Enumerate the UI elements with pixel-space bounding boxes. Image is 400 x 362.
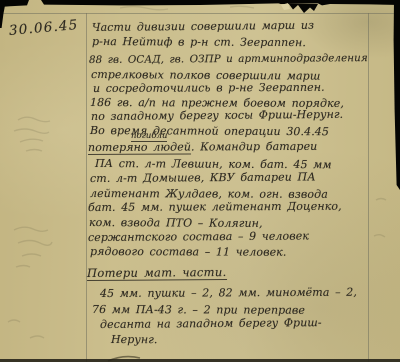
losses-heading: Потери мат. части. [87,265,227,281]
entry-line: ст. л-т Домышев, КВУ батареи ПА [90,170,316,185]
entry-line: лейтенант Жулдаев, ком. огн. взвода [90,187,328,201]
casualties-lead-underlined: потеряно людей [88,140,191,155]
casualties-lead-line: потеряно людей. Командир батареи [88,140,317,154]
scanned-war-diary-page: 30.06.45 Части дивизии совершили марш из… [0,0,400,362]
entry-line: Во время десантной операции 30.4.45 [90,124,329,138]
entry-line: сержантского состава – 9 человек [88,229,309,244]
entry-line: 88 гв. ОСАД, гв. ОЗПР и артминподразделе… [89,52,368,66]
entry-line: р-на Нейтиф в р-н ст. Зеераппен. [92,35,306,49]
entry-line: ПА ст. л-т Левшин, ком. бат. 45 мм [95,157,332,171]
entry-line: ком. взвода ПТО – Колягин, [89,216,263,230]
entry-line: бат. 45 мм. пушек лейтенант Доценко, [88,200,342,214]
entry-line: Части дивизии совершили марш из [92,19,314,34]
casualties-lead-rest: . Командир батареи [191,140,317,154]
entry-line: и сосредоточились в р-не Зеераппен. [93,81,325,95]
entry-line: рядового состава – 11 человек. [90,245,287,259]
entry-line: 45 мм. пушки – 2, 82 мм. миномёта – 2, [100,286,357,300]
ruled-line-top [0,13,400,14]
entry-line: десанта на западном берегу Фриш- [100,316,322,331]
entry-line: 76 мм ПА-43 г. – 2 при переправе [92,303,305,317]
entry-line: по западному берегу косы Фриш-Нерунг. [91,108,343,123]
ruled-line-date-column [86,13,87,362]
entry-line: Нерунг. [111,333,158,346]
ruled-line-right-margin [368,13,369,362]
